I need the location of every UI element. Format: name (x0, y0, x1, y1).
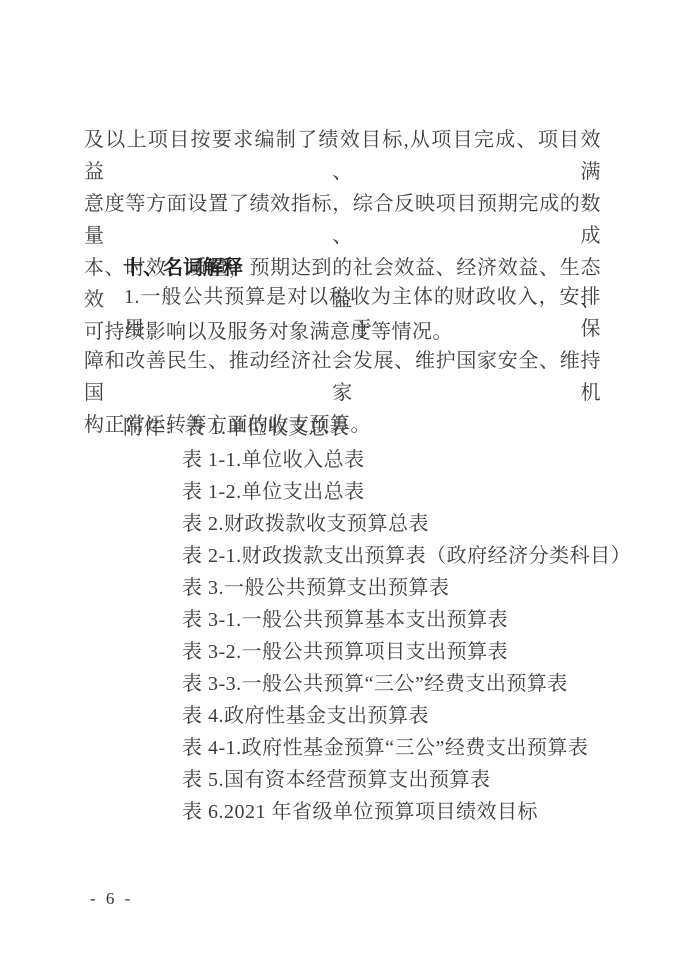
attachment-list-item: 表 1-2.单位支出总表 (182, 476, 631, 508)
attachment-list-item: 表 3-2.一般公共预算项目支出预算表 (182, 636, 631, 668)
paragraph-line: 意度等方面设置了绩效指标，综合反映项目预期完成的数量、成 (84, 188, 601, 252)
attachment-list-item: 表 2-1.财政拨款支出预算表（政府经济分类科目） (182, 540, 631, 572)
attachment-row: 附件：表 1.单位收支总表 (123, 412, 631, 444)
document-page: 及以上项目按要求编制了绩效目标,从项目完成、项目效益、满 意度等方面设置了绩效指… (0, 0, 680, 961)
paragraph-line: 障和改善民生、推动经济社会发展、维护国家安全、维持国家机 (84, 345, 601, 409)
paragraph-line: 及以上项目按要求编制了绩效目标,从项目完成、项目效益、满 (84, 124, 601, 188)
attachments-list: 附件：表 1.单位收支总表 表 1-1.单位收入总表 表 1-2.单位支出总表 … (123, 412, 631, 828)
paragraph-line: 1.一般公共预算是对以税收为主体的财政收入，安排用于保 (84, 281, 601, 345)
attachment-list-item: 表 5.国有资本经营预算支出预算表 (182, 764, 631, 796)
attachment-list-item: 表 1-1.单位收入总表 (182, 444, 631, 476)
attachment-list-item: 表 3-1.一般公共预算基本支出预算表 (182, 604, 631, 636)
attachment-list-item: 表 6.2021 年省级单位预算项目绩效目标 (182, 796, 631, 828)
attachment-list-item: 表 3.一般公共预算支出预算表 (182, 572, 631, 604)
attachment-list-item: 表 1.单位收支总表 (185, 417, 350, 439)
attachment-list-item: 表 2.财政拨款收支预算总表 (182, 508, 631, 540)
section-heading: 十、名词解释 (123, 256, 243, 280)
attachment-list-item: 表 4-1.政府性基金预算“三公”经费支出预算表 (182, 732, 631, 764)
attachment-list-item: 表 4.政府性基金支出预算表 (182, 700, 631, 732)
attachments-label: 附件： (123, 417, 185, 439)
page-number: - 6 - (90, 889, 133, 909)
attachment-list-item: 表 3-3.一般公共预算“三公”经费支出预算表 (182, 668, 631, 700)
